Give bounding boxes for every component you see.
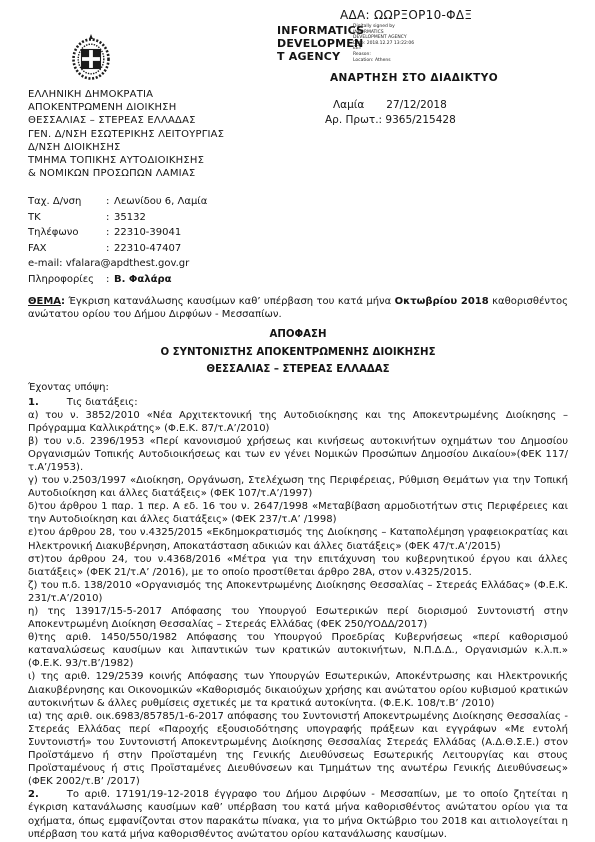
date: 27/12/2018 — [386, 99, 447, 111]
place: Λαμία — [333, 99, 364, 111]
provision-i: ι) της αριθ. 129/2539 κοινής Απόφασης τω… — [28, 670, 568, 709]
list-item-1: 1.Τις διατάξεις: — [28, 396, 568, 409]
item-number: 2. — [28, 789, 39, 800]
ada-value: ΩΩΡΞΟΡ10-ΦΔΞ — [374, 8, 472, 22]
provision-h: η) της 13917/15-5-2017 Απόφασης του Υπου… — [28, 605, 568, 631]
subject-paragraph: ΘΕΜΑ: Έγκριση κατανάλωσης καυσίμων καθ’ … — [28, 295, 568, 321]
ada-line: ΑΔΑ: ΩΩΡΞΟΡ10-ΦΔΞ — [340, 8, 472, 22]
authority-line: ΘΕΣΣΑΛΙΑΣ – ΣΤΕΡΕΑΣ ΕΛΛΑΔΑΣ — [28, 114, 224, 127]
item-number: 1. — [28, 397, 39, 408]
email-address: vfalara@apdthest.gov.gr — [66, 256, 190, 272]
contact-row-postal-code: ΤΚ:35132 — [28, 210, 207, 226]
ada-label: ΑΔΑ: — [340, 8, 370, 22]
provision-z: ζ) του π.δ. 138/2010 «Οργανισμός της Απο… — [28, 579, 568, 605]
signature-details: Digitally signed by INFORMATICS DEVELOPM… — [353, 24, 443, 63]
contact-row-fax: FAX:22310-47407 — [28, 241, 207, 257]
list-item-2: 2.Το αριθ. 17191/19-12-2018 έγγραφο του … — [28, 788, 568, 840]
web-posting-notice: ΑΝΑΡΤΗΣΗ ΣΤΟ ΔΙΑΔΙΚΤΥΟ — [330, 72, 498, 84]
contact-row-phone: Τηλέφωνο:22310-39041 — [28, 225, 207, 241]
authority-line: ΓΕΝ. Δ/ΝΣΗ ΕΣΩΤΕΡΙΚΗΣ ΛΕΙΤΟΥΡΓΙΑΣ — [28, 128, 224, 141]
issuing-authority-block: ΕΛΛΗΝΙΚΗ ΔΗΜΟΚΡΑΤΙΑ ΑΠΟΚΕΝΤΡΩΜΕΝΗ ΔΙΟΙΚΗ… — [28, 88, 224, 180]
provision-a: α) του ν. 3852/2010 «Νέα Αρχιτεκτονική τ… — [28, 409, 568, 435]
contact-row-email: e-mail: vfalara@apdthest.gov.gr — [28, 256, 207, 272]
contact-block: Ταχ. Δ/νση:Λεωνίδου 6, Λαμία ΤΚ:35132 Τη… — [28, 194, 207, 288]
protocol-value: 9365/215428 — [385, 114, 455, 126]
provision-st: στ)του άρθρου 24, του ν.4368/2016 «Μέτρα… — [28, 553, 568, 579]
contact-row-info: Πληροφορίες:Β. Φαλάρα — [28, 272, 207, 288]
subject-label: ΘΕΜΑ — [28, 296, 61, 307]
authority-line: ΑΠΟΚΕΝΤΡΩΜΕΝΗ ΔΙΟΙΚΗΣΗ — [28, 101, 224, 114]
provision-ia: ια) της αριθ. οικ.6983/85785/1-6-2017 απ… — [28, 710, 568, 789]
provision-d: δ)του άρθρου 1 παρ. 1 περ. Α εδ. 16 του … — [28, 500, 568, 526]
protocol-label: Αρ. Πρωτ.: — [325, 114, 382, 126]
decision-region: ΘΕΣΣΑΛΙΑΣ – ΣΤΕΡΕΑΣ ΕΛΛΑΔΑΣ — [28, 361, 568, 378]
document-page: ΑΔΑ: ΩΩΡΞΟΡ10-ΦΔΞ INFORMATICS DEVELOPMEN… — [0, 0, 595, 842]
subject-bold-month: Οκτωβρίου 2018 — [395, 296, 489, 307]
digital-signature-stamp: INFORMATICS DEVELOPMEN T AGENCY Digitall… — [277, 24, 443, 63]
contact-row-address: Ταχ. Δ/νση:Λεωνίδου 6, Λαμία — [28, 194, 207, 210]
authority-line: ΤΜΗΜΑ ΤΟΠΙΚΗΣ ΑΥΤΟΔΙΟΙΚΗΣΗΣ — [28, 154, 224, 167]
authority-line: Δ/ΝΣΗ ΔΙΟΙΚΗΣΗΣ — [28, 141, 224, 154]
protocol-number-line: Αρ. Πρωτ.: 9365/215428 — [325, 114, 456, 126]
document-body: ΘΕΜΑ: Έγκριση κατανάλωσης καυσίμων καθ’ … — [28, 295, 568, 841]
provision-e: ε)του άρθρου 28, του ν.4325/2015 «Εκδημο… — [28, 526, 568, 552]
decision-heading: ΑΠΟΦΑΣΗ Ο ΣΥΝΤΟΝΙΣΤΗΣ ΑΠΟΚΕΝΤΡΩΜΕΝΗΣ ΔΙΟ… — [28, 326, 568, 378]
provision-b: β) του ν.δ. 2396/1953 «Περί κανονισμού χ… — [28, 435, 568, 474]
signature-agency-name: INFORMATICS DEVELOPMEN T AGENCY — [277, 24, 349, 63]
provision-th: θ)της αριθ. 1450/550/1982 Απόφασης του Υ… — [28, 631, 568, 670]
decision-title: ΑΠΟΦΑΣΗ — [28, 326, 568, 343]
having-regard-line: Έχοντας υπόψη: — [28, 381, 568, 394]
info-person: Β. Φαλάρα — [114, 272, 172, 288]
place-date-line: Λαμία27/12/2018 — [333, 99, 447, 111]
authority-line: ΕΛΛΗΝΙΚΗ ΔΗΜΟΚΡΑΤΙΑ — [28, 88, 224, 101]
decision-signatory-title: Ο ΣΥΝΤΟΝΙΣΤΗΣ ΑΠΟΚΕΝΤΡΩΜΕΝΗΣ ΔΙΟΙΚΗΣΗΣ — [28, 344, 568, 361]
authority-line: & ΝΟΜΙΚΩΝ ΠΡΟΣΩΠΩΝ ΛΑΜΙΑΣ — [28, 167, 224, 180]
greek-state-emblem-icon — [68, 31, 114, 87]
provision-c: γ) του ν.2503/1997 «Διοίκηση, Οργάνωση, … — [28, 474, 568, 500]
